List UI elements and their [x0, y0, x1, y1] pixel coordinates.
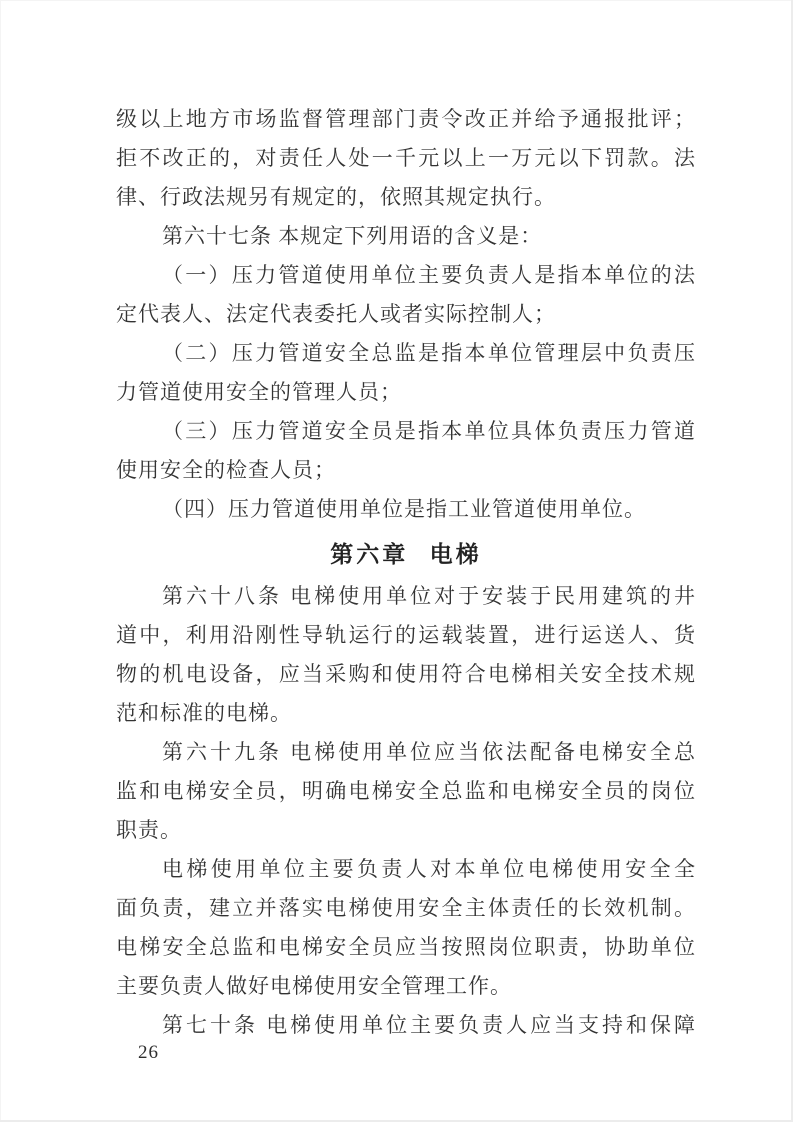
text-line: 级以上地方市场监督管理部门责令改正并给予通报批评；: [116, 100, 696, 139]
page-number: 26: [138, 1042, 159, 1064]
text-line: 第六十七条 本规定下列用语的含义是：: [116, 217, 696, 256]
document-page: 级以上地方市场监督管理部门责令改正并给予通报批评；拒不改正的，对责任人处一千元以…: [0, 0, 793, 1122]
text-line: 电梯安全总监和电梯安全员应当按照岗位职责，协助单位: [116, 928, 696, 967]
text-line: （一）压力管道使用单位主要负责人是指本单位的法: [116, 256, 696, 295]
text-line: 第七十条 电梯使用单位主要负责人应当支持和保障: [116, 1006, 696, 1045]
chapter-heading: 第六章 电梯: [116, 539, 696, 569]
document-text: 级以上地方市场监督管理部门责令改正并给予通报批评；拒不改正的，对责任人处一千元以…: [116, 100, 696, 1045]
text-line: （二）压力管道安全总监是指本单位管理层中负责压: [116, 334, 696, 373]
text-line: 主要负责人做好电梯使用安全管理工作。: [116, 967, 696, 1006]
text-line: （三）压力管道安全员是指本单位具体负责压力管道: [116, 412, 696, 451]
text-line: 范和标准的电梯。: [116, 694, 696, 733]
text-line: 职责。: [116, 811, 696, 850]
text-line: 使用安全的检查人员；: [116, 451, 696, 490]
text-line: 律、行政法规另有规定的，依照其规定执行。: [116, 178, 696, 217]
text-line: 道中，利用沿刚性导轨运行的运载装置，进行运送人、货: [116, 616, 696, 655]
text-line: 拒不改正的，对责任人处一千元以上一万元以下罚款。法: [116, 139, 696, 178]
text-line: 定代表人、法定代表委托人或者实际控制人；: [116, 295, 696, 334]
text-line: （四）压力管道使用单位是指工业管道使用单位。: [116, 490, 696, 529]
text-line: 面负责，建立并落实电梯使用安全主体责任的长效机制。: [116, 889, 696, 928]
text-line: 物的机电设备，应当采购和使用符合电梯相关安全技术规: [116, 655, 696, 694]
text-line: 第六十九条 电梯使用单位应当依法配备电梯安全总: [116, 733, 696, 772]
text-line: 电梯使用单位主要负责人对本单位电梯使用安全全: [116, 850, 696, 889]
text-line: 监和电梯安全员，明确电梯安全总监和电梯安全员的岗位: [116, 772, 696, 811]
text-line: 第六十八条 电梯使用单位对于安装于民用建筑的井: [116, 577, 696, 616]
text-line: 力管道使用安全的管理人员；: [116, 373, 696, 412]
